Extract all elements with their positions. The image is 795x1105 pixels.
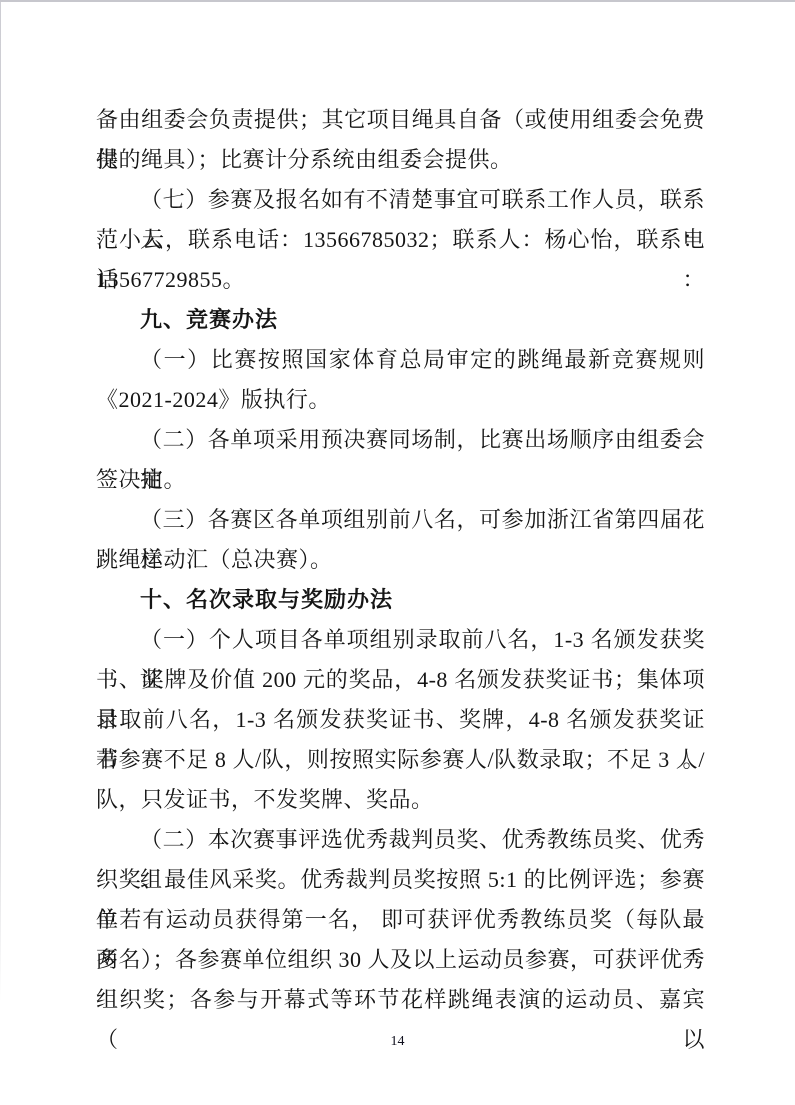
text-line: 两名）；各参赛单位组织 30 人及以上运动员参赛，可获评优秀: [96, 940, 705, 980]
text-line: 备由组委会负责提供；其它项目绳具自备（或使用组委会免费提: [96, 100, 705, 140]
page-number: 14: [0, 1032, 795, 1052]
text-line: 队，只发证书，不发奖牌、奖品。: [96, 780, 705, 820]
text-line: （一）比赛按照国家体育总局审定的跳绳最新竞赛规则: [96, 340, 705, 380]
text-line: 供的绳具）；比赛计分系统由组委会提供。: [96, 140, 705, 180]
document-body: 备由组委会负责提供；其它项目绳具自备（或使用组委会免费提供的绳具）；比赛计分系统…: [0, 0, 795, 1020]
text-line: 组织奖；各参与开幕式等环节花样跳绳表演的运动员、嘉宾（以: [96, 980, 705, 1020]
document-page: 备由组委会负责提供；其它项目绳具自备（或使用组委会免费提供的绳具）；比赛计分系统…: [0, 0, 795, 1105]
text-line: 书、奖牌及价值 200 元的奖品，4-8 名颁发获奖证书；集体项目: [96, 660, 705, 700]
text-line: 位若有运动员获得第一名， 即可获评优秀教练员奖（每队最多: [96, 900, 705, 940]
text-line: （一）个人项目各单项组别录取前八名，1-3 名颁发获奖证: [96, 620, 705, 660]
section-heading: 十、名次录取与奖励办法: [96, 580, 705, 620]
text-line: （二）各单项采用预决赛同场制，比赛出场顺序由组委会抽: [96, 420, 705, 460]
text-line: （二）本次赛事评选优秀裁判员奖、优秀教练员奖、优秀组: [96, 820, 705, 860]
text-line: 织奖、最佳风采奖。优秀裁判员奖按照 5:1 的比例评选；参赛单: [96, 860, 705, 900]
text-line: （三）各赛区各单项组别前八名，可参加浙江省第四届花样: [96, 500, 705, 540]
text-line: 《2021-2024》版执行。: [96, 380, 705, 420]
text-line: 范小云，联系电话：13566785032；联系人：杨心怡，联系电话：: [96, 220, 705, 260]
text-line: 签决定。: [96, 460, 705, 500]
text-line: 跳绳运动汇（总决赛）。: [96, 540, 705, 580]
section-heading: 九、竞赛办法: [96, 300, 705, 340]
text-line: 若参赛不足 8 人/队，则按照实际参赛人/队数录取；不足 3 人/: [96, 740, 705, 780]
text-line: （七）参赛及报名如有不清楚事宜可联系工作人员，联系人：: [96, 180, 705, 220]
text-line: 录取前八名，1-3 名颁发获奖证书、奖牌，4-8 名颁发获奖证书。: [96, 700, 705, 740]
